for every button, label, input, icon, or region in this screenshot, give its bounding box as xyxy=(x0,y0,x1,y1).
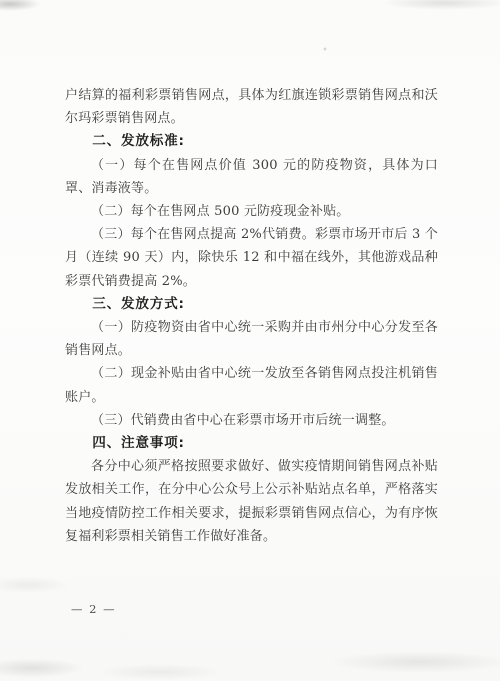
section-heading-2: 二、发放标准: xyxy=(65,130,438,153)
paragraph-item-5: （二）现金补贴由省中心统一发放至各销售网点投注机销售账户。 xyxy=(65,362,438,408)
section-heading-4: 四、注意事项: xyxy=(65,432,438,455)
paragraph-item-6: （三）代销费由省中心在彩票市场开市后统一调整。 xyxy=(65,409,438,432)
paragraph-continuation: 户结算的福利彩票销售网点，具体为红旗连锁彩票销售网点和沃尔玛彩票销售网点。 xyxy=(65,84,438,130)
scanned-document-page: 户结算的福利彩票销售网点，具体为红旗连锁彩票销售网点和沃尔玛彩票销售网点。 二、… xyxy=(0,0,500,681)
paragraph-item-3: （三）每个在售网点提高 2%代销费。彩票市场开市后 3 个月（连续 90 天）内… xyxy=(65,223,438,293)
paragraph-notes: 各分中心须严格按照要求做好、做实疫情期间销售网点补贴发放相关工作，在分中心公众号… xyxy=(65,455,438,548)
paragraph-item-1: （一）每个在售网点价值 300 元的防疫物资，具体为口罩、消毒液等。 xyxy=(65,154,438,200)
page-number: — 2 — xyxy=(71,602,116,616)
document-body: 户结算的福利彩票销售网点，具体为红旗连锁彩票销售网点和沃尔玛彩票销售网点。 二、… xyxy=(65,84,438,548)
section-heading-3: 三、发放方式: xyxy=(65,293,438,316)
paragraph-item-4: （一）防疫物资由省中心统一采购并由市州分中心分发至各销售网点。 xyxy=(65,316,438,362)
paragraph-item-2: （二）每个在售网点 500 元防疫现金补贴。 xyxy=(65,200,438,223)
